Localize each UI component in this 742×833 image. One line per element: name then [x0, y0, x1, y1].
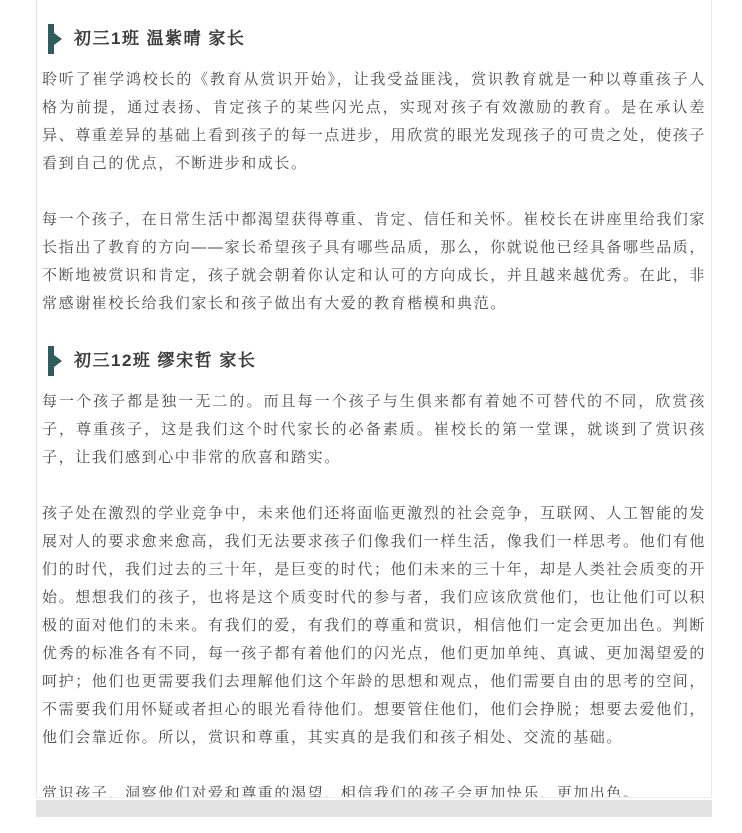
- paragraph: 赏识孩子，洞察他们对爱和尊重的渴望，相信我们的孩子会更加快乐，更加出色。: [42, 780, 706, 798]
- heading-arrow-icon: [54, 33, 62, 45]
- article-page: 初三1班 温紫晴 家长 聆听了崔学鸿校长的《教育从赏识开始》，让我受益匪浅，赏识…: [0, 0, 742, 833]
- paragraph: 孩子处在激烈的学业竞争中，未来他们还将面临更激烈的社会竞争，互联网、人工智能的发…: [42, 500, 706, 752]
- section-class-9-12: 初三12班 缪宋哲 家长 每一个孩子都是独一无二的。而且每一个孩子与生俱来都有着…: [42, 346, 706, 798]
- heading-text: 初三12班 缪宋哲 家长: [74, 347, 256, 375]
- paragraph: 每一个孩子，在日常生活中都渴望获得尊重、肯定、信任和关怀。崔校长在讲座里给我们家…: [42, 206, 706, 318]
- article-content: 初三1班 温紫晴 家长 聆听了崔学鸿校长的《教育从赏识开始》，让我受益匪浅，赏识…: [36, 0, 712, 798]
- footer-bar: [36, 800, 712, 817]
- section-heading-class-9-12: 初三12班 缪宋哲 家长: [48, 346, 706, 376]
- heading-marker-icon: [48, 346, 66, 376]
- section-class-9-1: 初三1班 温紫晴 家长 聆听了崔学鸿校长的《教育从赏识开始》，让我受益匪浅，赏识…: [42, 24, 706, 318]
- paragraph: 聆听了崔学鸿校长的《教育从赏识开始》，让我受益匪浅，赏识教育就是一种以尊重孩子人…: [42, 66, 706, 178]
- paragraph: 每一个孩子都是独一无二的。而且每一个孩子与生俱来都有着她不可替代的不同，欣赏孩子…: [42, 388, 706, 472]
- heading-arrow-icon: [54, 355, 62, 367]
- heading-text: 初三1班 温紫晴 家长: [74, 25, 245, 53]
- heading-marker-icon: [48, 24, 66, 54]
- section-heading-class-9-1: 初三1班 温紫晴 家长: [48, 24, 706, 54]
